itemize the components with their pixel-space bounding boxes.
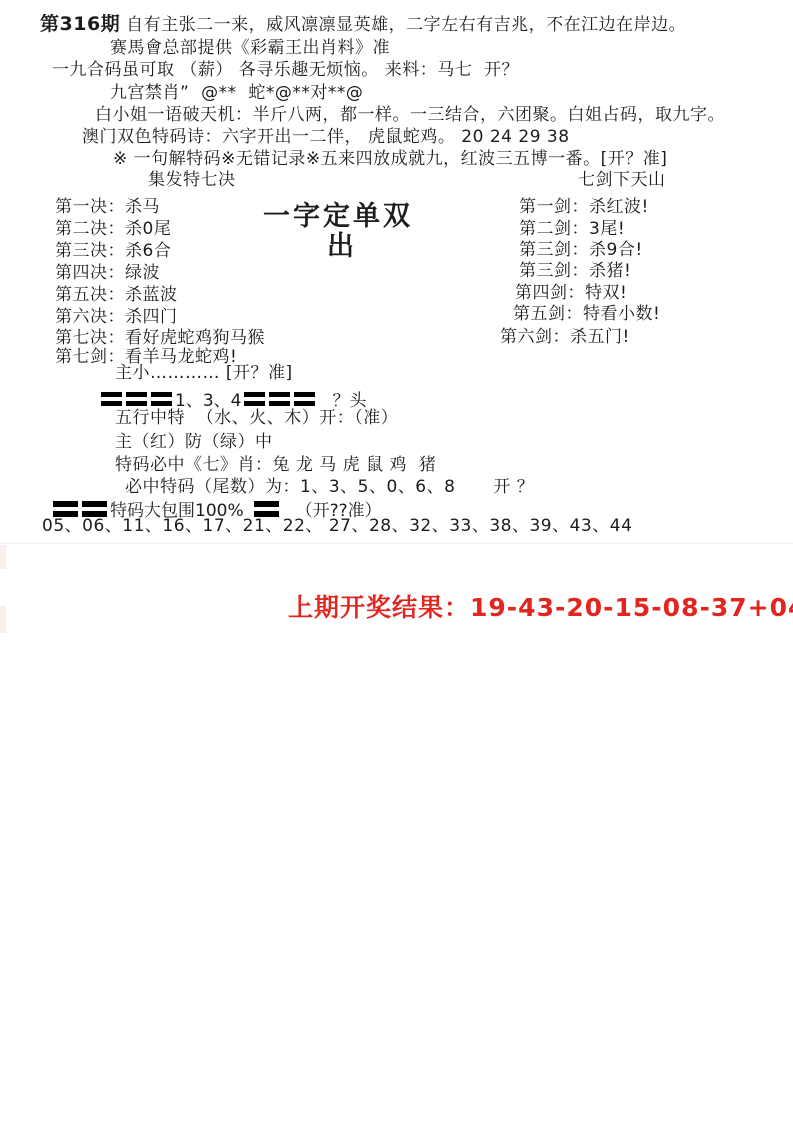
- previous-result-line: 上期开奖结果：19-43-20-15-08-37+04: [288, 588, 793, 624]
- double-bar-block-icon: [126, 392, 147, 406]
- lottery-tip-sheet: 第316期自有主张二一来，威风凛凛显英雄，二字左右有吉兆，不在江边在岸边。 赛馬…: [0, 0, 793, 1122]
- right-column-title: 七剑下天山: [578, 170, 666, 191]
- double-bar-block-icon: [254, 501, 279, 517]
- double-bar-block-icon: [244, 392, 265, 406]
- wuxing-line: 五行中特 （水、火、木）开：（准）: [115, 408, 398, 429]
- jiugong-line: 九宫禁肖” @** 蛇*@**对**@: [110, 83, 363, 104]
- zhu-xiao-line: 主小………… [开？准]: [115, 363, 293, 384]
- double-bar-block-icon: [101, 392, 122, 406]
- double-bar-block-icon: [294, 392, 315, 406]
- double-bar-block-icon: [151, 392, 172, 406]
- previous-result-label: 上期开奖结果：: [288, 593, 470, 622]
- double-bar-block-icon: [53, 501, 78, 517]
- bizhong-xiao-line: 特码必中《七》肖：兔 龙 马 虎 鼠 鸡 猪: [115, 455, 436, 476]
- left-column-title: 集发特七决: [148, 170, 236, 191]
- issue-poem-line: 第316期自有主张二一来，威风凛凛显英雄，二字左右有吉兆，不在江边在岸边。: [40, 14, 686, 36]
- numbers-line: 05、06、11、16、17、21、22、 27、28、32、33、38、39、…: [42, 516, 632, 537]
- issue-number: 第316期: [40, 13, 120, 35]
- center-headline-2: 出: [327, 224, 357, 263]
- poem-text: 自有主张二一来，威风凛凛显英雄，二字左右有吉兆，不在江边在岸边。: [126, 15, 686, 35]
- edge-artifact: [0, 545, 6, 569]
- baixiaojie-line: 白小姐一语破天机：半斤八两，都一样。一三结合，六团聚。白姐占码，取九字。: [95, 105, 725, 126]
- double-bar-block-icon: [82, 501, 107, 517]
- provider-line: 赛馬會总部提供《彩霸王出肖料》准: [110, 38, 390, 59]
- edge-artifact: [0, 606, 6, 633]
- list-item: 第五剑：特看小数!: [513, 299, 660, 324]
- hecode-line: 一九合码虽可取 （薪） 各寻乐趣无烦恼。 来料：马七 开？: [52, 60, 519, 81]
- bizhong-wei-line: 必中特码（尾数）为：1、3、5、0、6、8开 ？: [125, 477, 534, 498]
- double-bar-block-icon: [269, 392, 290, 406]
- aomen-line: 澳门双色特码诗：六字开出一二伴， 虎鼠蛇鸡。 20 24 29 38: [82, 127, 570, 148]
- previous-result-numbers: 19-43-20-15-08-37+04: [470, 593, 793, 622]
- bizhong-wei-text: 必中特码（尾数）为：1、3、5、0、6、8: [125, 477, 455, 497]
- yijujie-line: ※ 一句解特码※无错记录※五来四放成就九，红波三五博一番。[开？准]: [113, 149, 667, 170]
- divider: [0, 543, 793, 544]
- list-item: 第六剑：杀五门!: [500, 322, 630, 347]
- zhu-fang-line: 主（红）防（绿）中: [115, 432, 273, 453]
- bizhong-wei-open: 开 ？: [493, 477, 534, 497]
